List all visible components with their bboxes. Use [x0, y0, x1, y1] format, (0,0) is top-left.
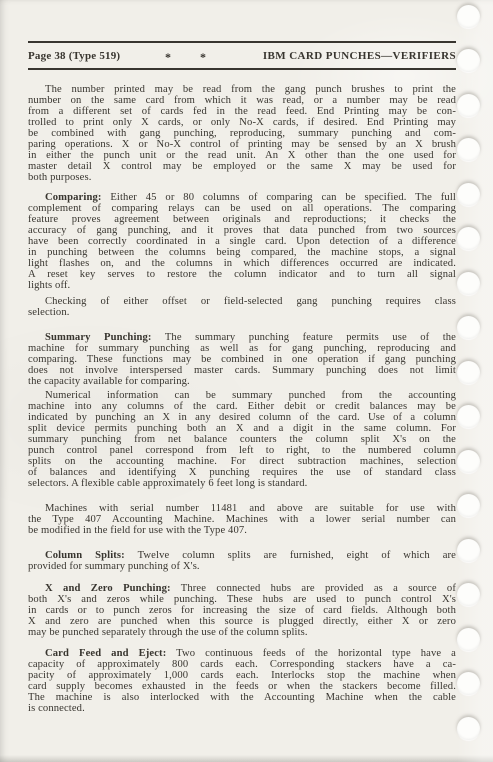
scanned-manual-page: { "page": { "colors": { "background": "#…	[0, 0, 493, 762]
punch-hole-icon	[457, 361, 480, 384]
paragraph-lead: X and Zero Punching:	[45, 583, 171, 594]
text-line: trolled to print only X cards, or only N…	[28, 117, 456, 128]
paragraph-lead: Summary Punching:	[45, 332, 152, 343]
text-line: A reset key serves to restore the column…	[28, 269, 456, 280]
punch-hole-icon	[457, 5, 480, 28]
text-line: does not involve interspersed master car…	[28, 365, 456, 376]
text-line: be modified in the field for use with th…	[28, 525, 456, 536]
paragraph-text: Two continuous feeds of the horizontal t…	[176, 648, 456, 659]
page-edge-shadow	[0, 755, 493, 762]
text-line: selectors. A flexible cable approximatel…	[28, 478, 456, 489]
punch-hole-icon	[457, 539, 480, 562]
text-line: splits on the accounting machine. For di…	[28, 456, 456, 467]
text-line: Machines with serial number 11481 and ab…	[28, 503, 456, 514]
punch-hole-icon	[457, 272, 480, 295]
text-line: both X's and zeros while punching. These…	[28, 594, 456, 605]
text-line: the capacity available for comparing.	[28, 376, 456, 387]
text-line: is connected.	[28, 703, 456, 714]
chapter-title: IBM CARD PUNCHES—VERIFIERS	[263, 49, 456, 63]
text-line: comparing. These functions may be combin…	[28, 354, 456, 365]
asterisk-icon: *	[165, 50, 171, 64]
punch-hole-icon	[457, 628, 480, 651]
asterisk-icon: *	[200, 50, 206, 64]
text-line: Checking of either offset or field-selec…	[28, 296, 456, 307]
punch-hole-icon	[457, 183, 480, 206]
punch-hole-icon	[457, 94, 480, 117]
text-line: lights off.	[28, 280, 456, 291]
text-line: Card Feed and Eject: Two continuous feed…	[28, 648, 456, 659]
document-page: Page 38 (Type 519) * * IBM CARD PUNCHES—…	[0, 0, 493, 762]
text-line: accuracy of gang punching, and it proves…	[28, 225, 456, 236]
paragraph-text: Three connected hubs are provided as a s…	[181, 583, 456, 594]
text-line: indicated by punching an X in any desire…	[28, 412, 456, 423]
punch-hole-icon	[457, 227, 480, 250]
paragraph-lead: Card Feed and Eject:	[45, 648, 166, 659]
text-line: split device permits punching both an X …	[28, 423, 456, 434]
text-line: provided for summary punching of X's.	[28, 561, 456, 572]
page-number-label: Page 38 (Type 519)	[28, 49, 120, 63]
header-top-rule	[28, 41, 456, 43]
paragraph-text: Twelve column splits are furnished, eigh…	[138, 550, 456, 561]
running-head: Page 38 (Type 519) * * IBM CARD PUNCHES—…	[28, 49, 456, 64]
text-line: Column Splits: Twelve column splits are …	[28, 550, 456, 561]
text-line: light flashes on, and the columns in whi…	[28, 258, 456, 269]
text-line: capacity of approximately 800 cards each…	[28, 659, 456, 670]
page-header: Page 38 (Type 519) * * IBM CARD PUNCHES—…	[28, 0, 456, 70]
text-line: in cards or to punch zeros for increasin…	[28, 605, 456, 616]
paragraph: Checking of either offset or field-selec…	[28, 296, 456, 318]
text-line: card supply becomes exhausted in the fee…	[28, 681, 456, 692]
text-line: The number printed may be read from the …	[28, 84, 456, 95]
text-line: number on the same card from which it wa…	[28, 95, 456, 106]
text-line: summary punching from net balance counte…	[28, 434, 456, 445]
text-line: X and zero are punched when this source …	[28, 616, 456, 627]
text-line: complement of comparing relays can be us…	[28, 203, 456, 214]
paragraph: Comparing: Either 45 or 80 columns of co…	[28, 192, 456, 291]
text-line: the Type 407 Accounting Machine. Machine…	[28, 514, 456, 525]
punch-hole-icon	[457, 316, 480, 339]
punch-hole-icon	[457, 672, 480, 695]
text-line: master detail X control may be employed …	[28, 161, 456, 172]
punch-hole-icon	[457, 405, 480, 428]
text-line: The machine is also interlocked with the…	[28, 692, 456, 703]
text-line: Summary Punching: The summary punching f…	[28, 332, 456, 343]
paragraph: Numerical information can be summary pun…	[28, 390, 456, 489]
paragraph: Column Splits: Twelve column splits are …	[28, 550, 456, 572]
text-line: machine for summary punching as well as …	[28, 343, 456, 354]
text-line: machine into any columns of the card. Ei…	[28, 401, 456, 412]
text-line: from a different set of cards fed in the…	[28, 106, 456, 117]
binder-hole-strip	[457, 0, 493, 762]
text-line: selection.	[28, 307, 456, 318]
punch-hole-icon	[457, 494, 480, 517]
text-line: pacity of approximately 1,000 cards each…	[28, 670, 456, 681]
text-line: be combined with gang punching, reproduc…	[28, 128, 456, 139]
punch-hole-icon	[457, 138, 480, 161]
text-line: Comparing: Either 45 or 80 columns of co…	[28, 192, 456, 203]
text-line: have been correctly coordinated in a sin…	[28, 236, 456, 247]
paragraph: Machines with serial number 11481 and ab…	[28, 503, 456, 536]
paragraph-text: Either 45 or 80 columns of comparing can…	[110, 192, 456, 203]
paragraph: The number printed may be read from the …	[28, 84, 456, 183]
text-line: both purposes.	[28, 172, 456, 183]
paragraph-text: The summary punching feature permits use…	[165, 332, 456, 343]
text-line: of balances and identifying X punching r…	[28, 467, 456, 478]
paragraph-lead: Comparing:	[45, 192, 102, 203]
punch-hole-icon	[457, 583, 480, 606]
paragraph-lead: Column Splits:	[45, 550, 125, 561]
text-line: Numerical information can be summary pun…	[28, 390, 456, 401]
punch-hole-icon	[457, 450, 480, 473]
text-line: X and Zero Punching: Three connected hub…	[28, 583, 456, 594]
text-line: paring operations. X or No-X control of …	[28, 139, 456, 150]
header-bottom-rule	[28, 68, 456, 70]
text-line: may be punched separately through the us…	[28, 627, 456, 638]
document-body: The number printed may be read from the …	[28, 84, 456, 714]
punch-hole-icon	[457, 49, 480, 72]
text-line: punch control panel correspond from left…	[28, 445, 456, 456]
text-line: in either the punch unit or the read uni…	[28, 150, 456, 161]
paragraph: Card Feed and Eject: Two continuous feed…	[28, 648, 456, 714]
punch-hole-icon	[457, 717, 480, 740]
paragraph: X and Zero Punching: Three connected hub…	[28, 583, 456, 638]
paragraph: Summary Punching: The summary punching f…	[28, 332, 456, 387]
text-line: feature proves agreement between origina…	[28, 214, 456, 225]
text-line: in punching between the columns being co…	[28, 247, 456, 258]
